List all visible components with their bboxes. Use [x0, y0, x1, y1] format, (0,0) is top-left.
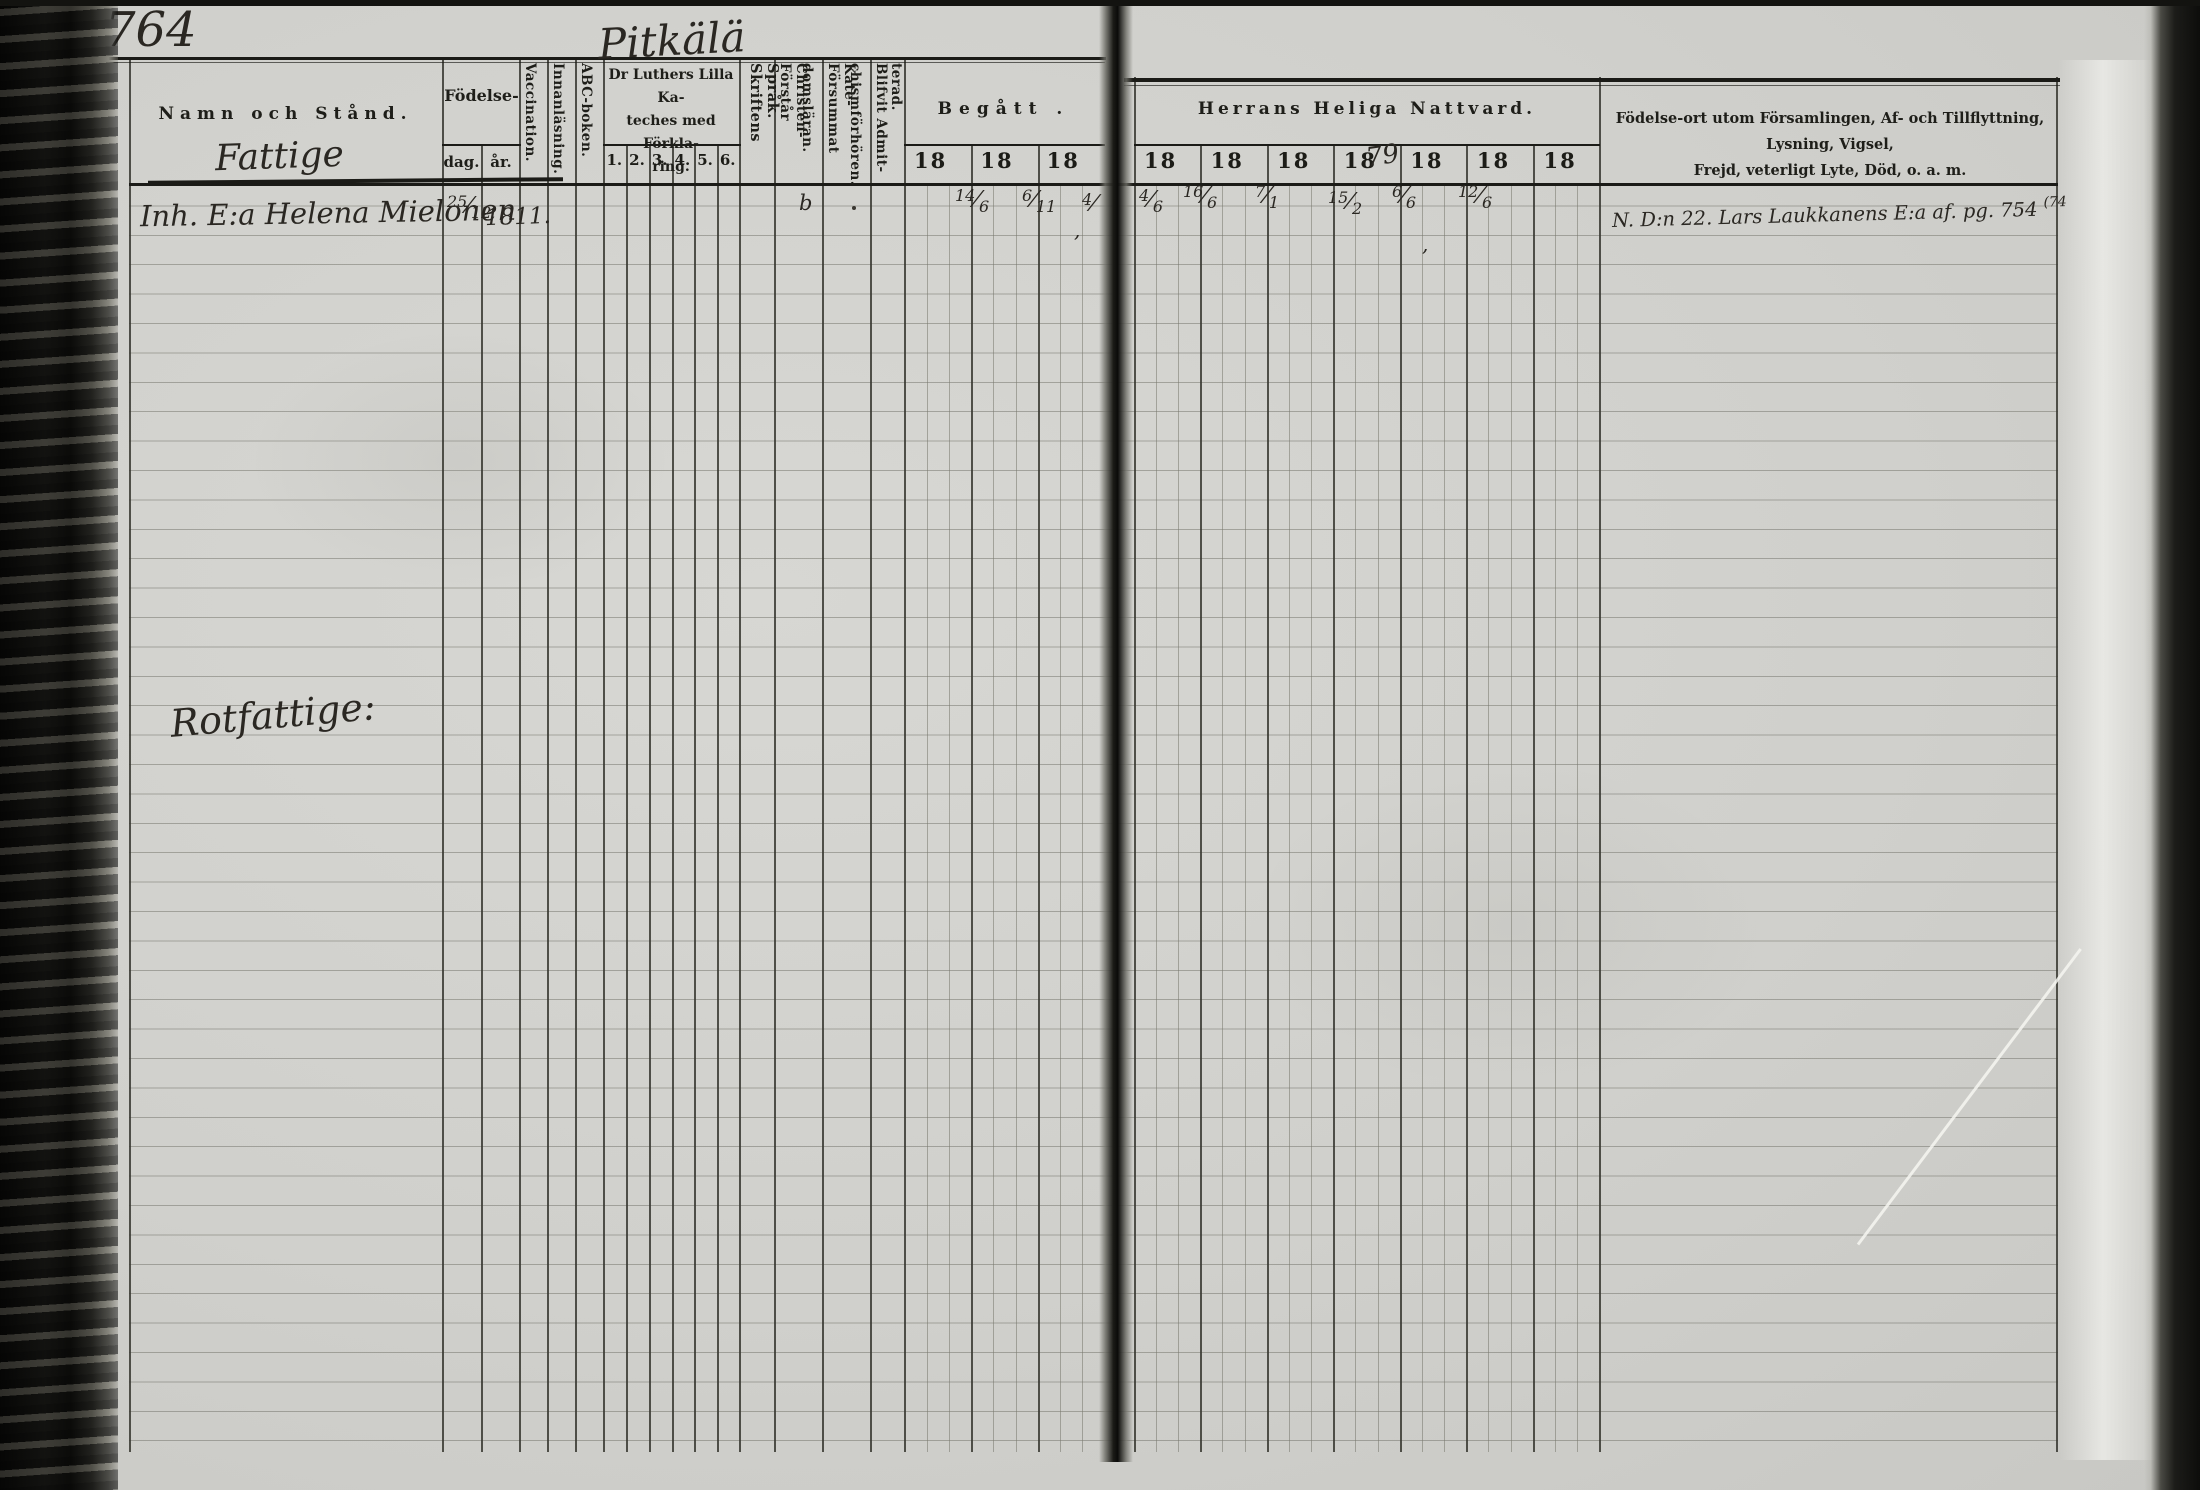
stray-comma: , — [1422, 232, 1428, 256]
date-den: 2 — [1352, 199, 1362, 218]
nattvard-year-5: 18 — [1400, 148, 1467, 173]
grid-vline-light — [1060, 186, 1061, 1452]
date-num: 16 — [1183, 182, 1203, 201]
begatt-year-1: 18 — [904, 148, 970, 173]
col-header-admitted-line2: terad. — [888, 63, 904, 181]
grid-vline-light — [1378, 186, 1379, 1452]
grid-vline-light — [949, 186, 950, 1452]
record-begatt-1: 14⁄6 — [955, 188, 989, 213]
col-header-abc-book: ABC-boken. — [578, 63, 594, 181]
catechism-line2: teches med Förkla- — [626, 113, 715, 152]
nattvard-year-6: 18 — [1467, 148, 1534, 173]
grid-vline — [649, 145, 651, 1452]
grid-vline — [1400, 145, 1402, 1452]
record-nattvard-1: 4⁄6 — [1139, 188, 1163, 213]
catechism-col-4: 4. — [671, 151, 694, 169]
grid-vline — [694, 145, 696, 1452]
col-header-name: Namn och Stånd. — [129, 104, 442, 124]
fraction-slash: ⁄ — [1092, 192, 1096, 217]
grid-vline — [774, 60, 776, 1452]
grid-hline — [904, 144, 1105, 146]
grid-vline-light — [1422, 186, 1423, 1452]
stray-comma: , — [1074, 218, 1080, 242]
grid-vline — [1267, 145, 1269, 1452]
grid-vline-light — [1289, 186, 1290, 1452]
date-num: 4 — [1139, 186, 1149, 205]
grid-vline — [2056, 77, 2058, 1452]
record-begatt-2: 6⁄11 — [1022, 188, 1056, 213]
date-den: 1 — [1269, 193, 1279, 212]
begatt-year-2: 18 — [970, 148, 1036, 173]
grid-vline-light — [1511, 186, 1512, 1452]
book-spine-left — [0, 0, 118, 1490]
catechism-col-2: 2. — [626, 151, 649, 169]
grid-vline — [717, 145, 719, 1452]
record-nattvard-4: 15⁄2 — [1328, 190, 1362, 215]
col-header-birth-day: dag. — [442, 153, 481, 171]
grid-vline-light — [1555, 186, 1556, 1452]
handwritten-year-79: 79 — [1364, 139, 1401, 173]
grid-vline — [971, 145, 973, 1452]
date-den: 6 — [979, 197, 989, 216]
date-den: 6 — [1406, 193, 1416, 212]
grid-vline — [603, 60, 605, 1452]
grid-vline-light — [1577, 186, 1578, 1452]
date-den: 11 — [1036, 197, 1056, 216]
grid-vline — [129, 60, 131, 1452]
grid-vline-light — [927, 186, 928, 1452]
date-num: 14 — [955, 186, 975, 205]
grid-vline-light — [1016, 186, 1017, 1452]
page-edge-right — [2144, 0, 2200, 1490]
grid-vline — [626, 145, 628, 1452]
begatt-year-row: 18 18 18 — [904, 148, 1103, 173]
grid-vline — [442, 60, 444, 1452]
record-begatt-3: 4⁄ — [1082, 192, 1096, 217]
catechism-line1: Dr Luthers Lilla Ka- — [609, 67, 734, 106]
date-num: 4 — [1082, 190, 1092, 209]
notes-header-line1: Födelse-ort utom Församlingen, Af- och T… — [1616, 110, 2044, 153]
ink-dot — [852, 206, 856, 210]
grid-vline — [739, 60, 741, 1452]
col-header-notes: Födelse-ort utom Församlingen, Af- och T… — [1608, 106, 2052, 184]
notes-header-line2: Frejd, veterligt Lyte, Död, o. a. m. — [1694, 162, 1967, 179]
grid-vline — [1599, 77, 1601, 1452]
page-edge-top — [0, 0, 2200, 6]
paper-stain — [1250, 760, 1770, 1090]
record-nattvard-6: 12⁄6 — [1458, 184, 1492, 209]
col-header-begatt: Begått . — [904, 99, 1103, 119]
grid-vline-light — [1222, 186, 1223, 1452]
birth-day: 25 — [447, 192, 467, 211]
catechism-subcolumns: 1. 2. 3. 4. 5. 6. — [603, 151, 739, 169]
nattvard-year-1: 18 — [1134, 148, 1201, 173]
date-num: 6 — [1022, 186, 1032, 205]
grid-vline — [519, 60, 521, 1452]
grid-vline — [904, 60, 906, 1452]
date-num: 6 — [1392, 182, 1402, 201]
col-header-admitted-line1: Blifvit Admit- — [873, 63, 889, 181]
paper-light-area — [2058, 60, 2158, 1460]
section-heading-fattige: Fattige — [214, 134, 344, 179]
grid-vline-light — [1082, 186, 1083, 1452]
grid-vline-light — [1311, 186, 1312, 1452]
grid-vline — [822, 60, 824, 1452]
col-header-reading: Innanläsning. — [550, 63, 566, 181]
grid-hline — [1124, 85, 2060, 86]
grid-vline — [1466, 145, 1468, 1452]
grid-hline — [1124, 78, 2060, 82]
col-header-nattvard: Herrans Heliga Nattvard. — [1134, 99, 1600, 119]
note-superscript: (74 — [2043, 194, 2067, 211]
date-den: 6 — [1482, 193, 1492, 212]
grid-vline — [1134, 77, 1136, 1452]
record-nattvard-2: 16⁄6 — [1183, 184, 1217, 209]
nattvard-year-7: 18 — [1533, 148, 1600, 173]
date-den: 6 — [1207, 193, 1217, 212]
grid-vline — [672, 145, 674, 1452]
grid-vline — [1200, 145, 1202, 1452]
catechism-col-5: 5. — [694, 151, 717, 169]
col-header-understands-line2: domsläran. — [799, 63, 815, 181]
illegible-ink-mark: b — [799, 191, 812, 215]
grid-vline — [1533, 145, 1535, 1452]
village-title: Pitkälä — [597, 12, 747, 69]
catechism-col-6: 6. — [716, 151, 739, 169]
date-num: 7 — [1255, 182, 1265, 201]
grid-vline-light — [1156, 186, 1157, 1452]
record-nattvard-3: 7⁄1 — [1255, 184, 1279, 209]
catechism-col-1: 1. — [603, 151, 626, 169]
grid-vline — [547, 60, 549, 1452]
col-header-birth-year: år. — [481, 153, 521, 171]
grid-vline-light — [1444, 186, 1445, 1452]
grid-vline-light — [1355, 186, 1356, 1452]
col-header-birth: Födelse- — [442, 86, 521, 105]
date-den: 6 — [1153, 197, 1163, 216]
grid-vline — [481, 145, 483, 1452]
page-number: 764 — [105, 2, 197, 58]
grid-vline-light — [1245, 186, 1246, 1452]
grid-vline — [575, 60, 577, 1452]
date-num: 12 — [1458, 182, 1478, 201]
catechism-col-3: 3. — [648, 151, 671, 169]
date-num: 15 — [1328, 188, 1348, 207]
nattvard-year-3: 18 — [1267, 148, 1334, 173]
grid-vline-light — [1178, 186, 1179, 1452]
grid-vline-light — [993, 186, 994, 1452]
grid-hline — [442, 144, 521, 146]
col-header-vaccination: Vaccination. — [522, 63, 538, 181]
nattvard-year-2: 18 — [1201, 148, 1268, 173]
grid-vline — [870, 60, 872, 1452]
grid-vline — [1333, 145, 1335, 1452]
book-center-fold — [1099, 0, 1133, 1462]
record-nattvard-5: 6⁄6 — [1392, 184, 1416, 209]
grid-vline — [1038, 145, 1040, 1452]
col-header-scripture: Skriftens Språk. — [747, 63, 781, 181]
record-birth-year: 1811. — [485, 203, 552, 231]
grid-vline-light — [1488, 186, 1489, 1452]
paper-stain — [250, 330, 670, 590]
col-header-missed-line2: chismförhören. — [847, 63, 863, 181]
scanned-ledger-page: Namn och Stånd. Födelse- dag. år. Vaccin… — [0, 0, 2200, 1490]
begatt-year-3: 18 — [1037, 148, 1103, 173]
